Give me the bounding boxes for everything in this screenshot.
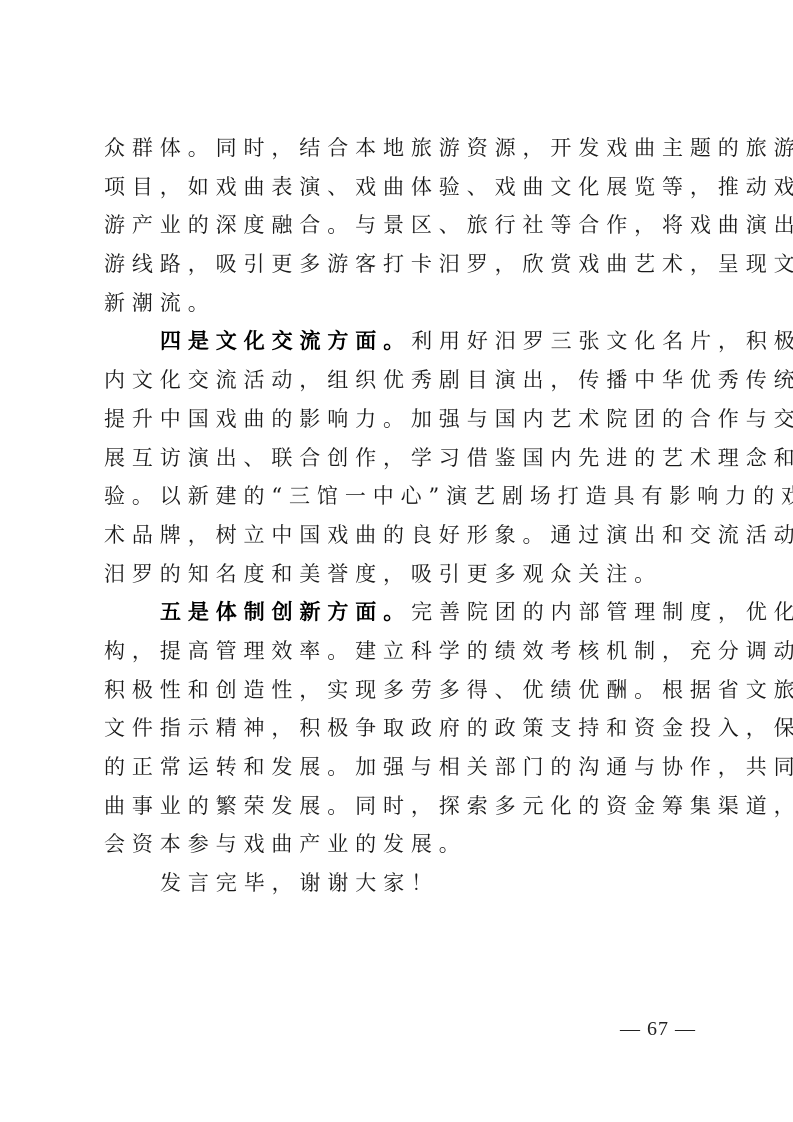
text-line: 众群体。同时，结合本地旅游资源，开发戏曲主题的旅游产品和 (104, 129, 696, 168)
text-line: 新潮流。 (104, 284, 696, 323)
text-line: 术品牌，树立中国戏曲的良好形象。通过演出和交流活动，提高 (104, 516, 696, 555)
text-span: 利用好汨罗三张文化名片，积极参与国 (411, 329, 793, 353)
text-line: 游线路，吸引更多游客打卡汨罗，欣赏戏曲艺术，呈现文旅融合 (104, 245, 696, 284)
section-heading: 四是文化交流方面。 (160, 328, 411, 353)
text-line: 项目，如戏曲表演、戏曲体验、戏曲文化展览等，推动戏曲与旅 (104, 168, 696, 207)
text-line: 构，提高管理效率。建立科学的绩效考核机制，充分调动员工的 (104, 632, 696, 671)
text-line: 的正常运转和发展。加强与相关部门的沟通与协作，共同推动戏 (104, 748, 696, 787)
text-line: 展互访演出、联合创作，学习借鉴国内先进的艺术理念和管理经 (104, 439, 696, 478)
text-line: 积极性和创造性，实现多劳多得、优绩优酬。根据省文旅厅相关 (104, 671, 696, 710)
text-line: 验。以新建的“三馆一中心”演艺剧场打造具有影响力的戏曲艺 (104, 477, 696, 516)
text-line: 游产业的深度融合。与景区、旅行社等合作，将戏曲演出纳入旅 (104, 206, 696, 245)
text-line: 提升中国戏曲的影响力。加强与国内艺术院团的合作与交流，开 (104, 400, 696, 439)
section-heading: 五是体制创新方面。 (160, 599, 411, 624)
text-line-first: 五是体制创新方面。完善院团的内部管理制度，优化组织结 (104, 593, 696, 632)
text-line-first: 四是文化交流方面。利用好汨罗三张文化名片，积极参与国 (104, 322, 696, 361)
closing-remark: 发言完毕，谢谢大家！ (104, 864, 696, 903)
text-line: 文件指示精神，积极争取政府的政策支持和资金投入，保障院团 (104, 709, 696, 748)
document-body: 众群体。同时，结合本地旅游资源，开发戏曲主题的旅游产品和 项目，如戏曲表演、戏曲… (104, 129, 696, 903)
paragraph-institutional-innovation: 五是体制创新方面。完善院团的内部管理制度，优化组织结 构，提高管理效率。建立科学… (104, 593, 696, 864)
page-number: — 67 — (620, 1018, 696, 1041)
text-line: 汨罗的知名度和美誉度，吸引更多观众关注。 (104, 555, 696, 594)
text-line: 曲事业的繁荣发展。同时，探索多元化的资金筹集渠道，吸引社 (104, 787, 696, 826)
text-line: 会资本参与戏曲产业的发展。 (104, 825, 696, 864)
paragraph-cultural-exchange: 四是文化交流方面。利用好汨罗三张文化名片，积极参与国 内文化交流活动，组织优秀剧… (104, 322, 696, 593)
text-line: 内文化交流活动，组织优秀剧目演出，传播中华优秀传统文化， (104, 361, 696, 400)
paragraph-tourism-continued: 众群体。同时，结合本地旅游资源，开发戏曲主题的旅游产品和 项目，如戏曲表演、戏曲… (104, 129, 696, 322)
text-span: 完善院团的内部管理制度，优化组织结 (411, 600, 793, 624)
